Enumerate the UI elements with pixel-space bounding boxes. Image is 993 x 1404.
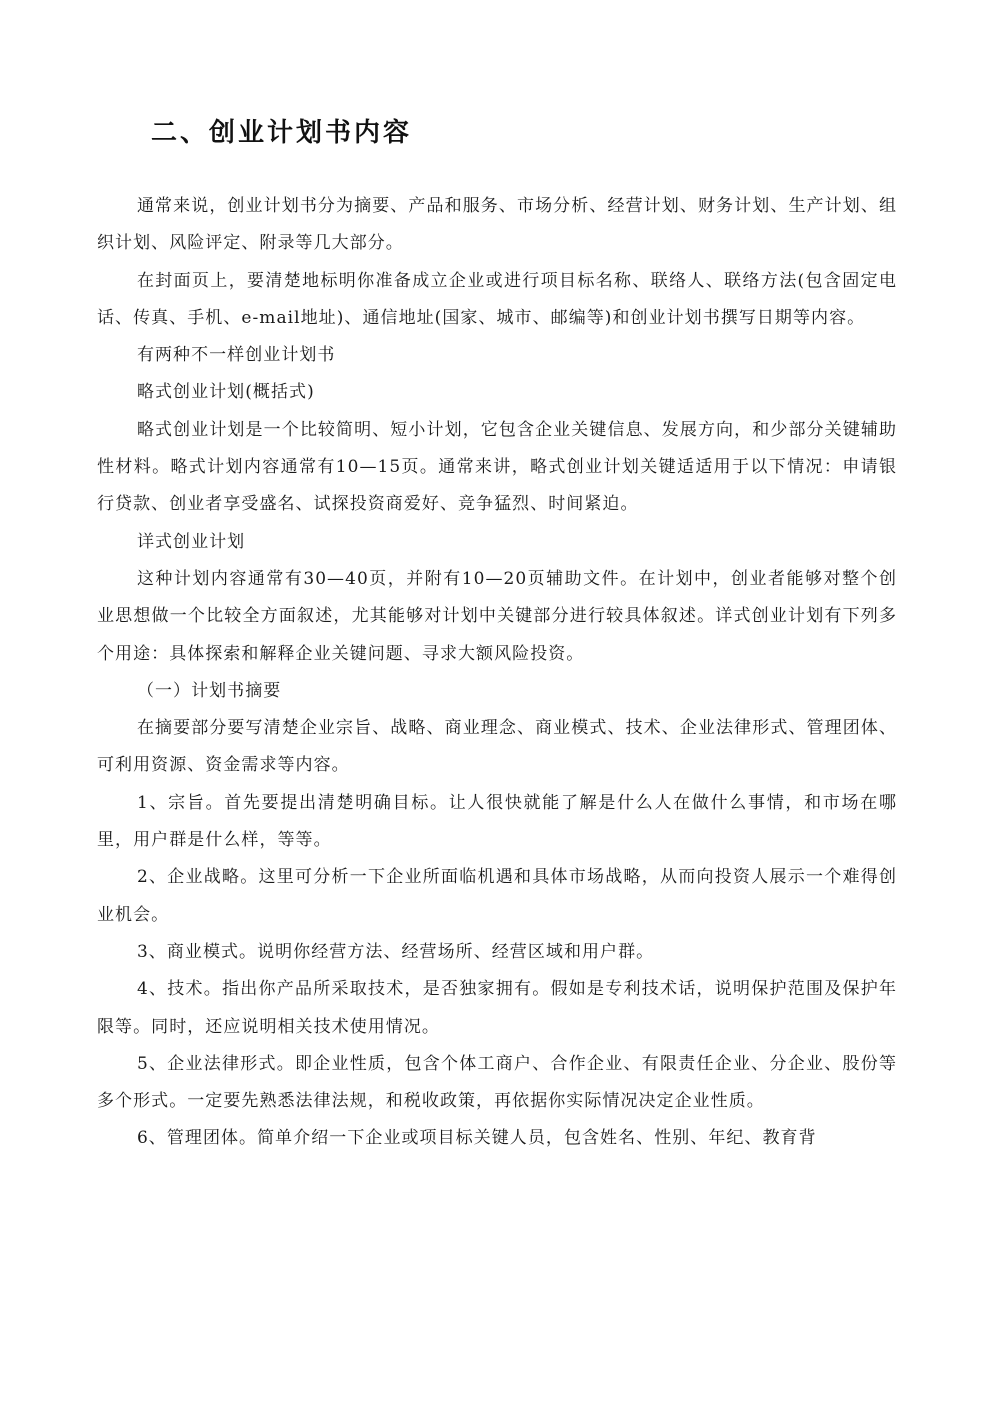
subheading-detailed-plan: 详式创业计划 xyxy=(97,524,897,561)
paragraph-cover-page: 在封面页上，要清楚地标明你准备成立企业或进行项目标名称、联络人、联络方法(包含固… xyxy=(97,263,897,338)
body-text: 通常来说，创业计划书分为摘要、产品和服务、市场分析、经营计划、财务计划、生产计划… xyxy=(97,188,897,1158)
paragraph-brief-plan: 略式创业计划是一个比较简明、短小计划，它包含企业关键信息、发展方向，和少部分关键… xyxy=(97,412,897,524)
subheading-summary: （一）计划书摘要 xyxy=(97,673,897,710)
subheading-brief-plan: 略式创业计划(概括式) xyxy=(97,374,897,411)
list-item-strategy: 2、企业战略。这里可分析一下企业所面临机遇和具体市场战略，从而向投资人展示一个难… xyxy=(97,859,897,934)
paragraph-detailed-plan: 这种计划内容通常有30—40页，并附有10—20页辅助文件。在计划中，创业者能够… xyxy=(97,561,897,673)
paragraph-summary: 在摘要部分要写清楚企业宗旨、战略、商业理念、商业模式、技术、企业法律形式、管理团… xyxy=(97,710,897,785)
paragraph-two-types: 有两种不一样创业计划书 xyxy=(97,337,897,374)
list-item-technology: 4、技术。指出你产品所采取技术，是否独家拥有。假如是专利技术话，说明保护范围及保… xyxy=(97,971,897,1046)
list-item-purpose: 1、宗旨。首先要提出清楚明确目标。让人很快就能了解是什么人在做什么事情，和市场在… xyxy=(97,785,897,860)
list-item-business-model: 3、商业模式。说明你经营方法、经营场所、经营区域和用户群。 xyxy=(97,934,897,971)
list-item-management-team: 6、管理团体。简单介绍一下企业或项目标关键人员，包含姓名、性别、年纪、教育背 xyxy=(97,1120,897,1157)
paragraph-overview: 通常来说，创业计划书分为摘要、产品和服务、市场分析、经营计划、财务计划、生产计划… xyxy=(97,188,897,263)
list-item-legal-form: 5、企业法律形式。即企业性质，包含个体工商户、合作企业、有限责任企业、分企业、股… xyxy=(97,1046,897,1121)
section-heading: 二、创业计划书内容 xyxy=(151,112,412,149)
